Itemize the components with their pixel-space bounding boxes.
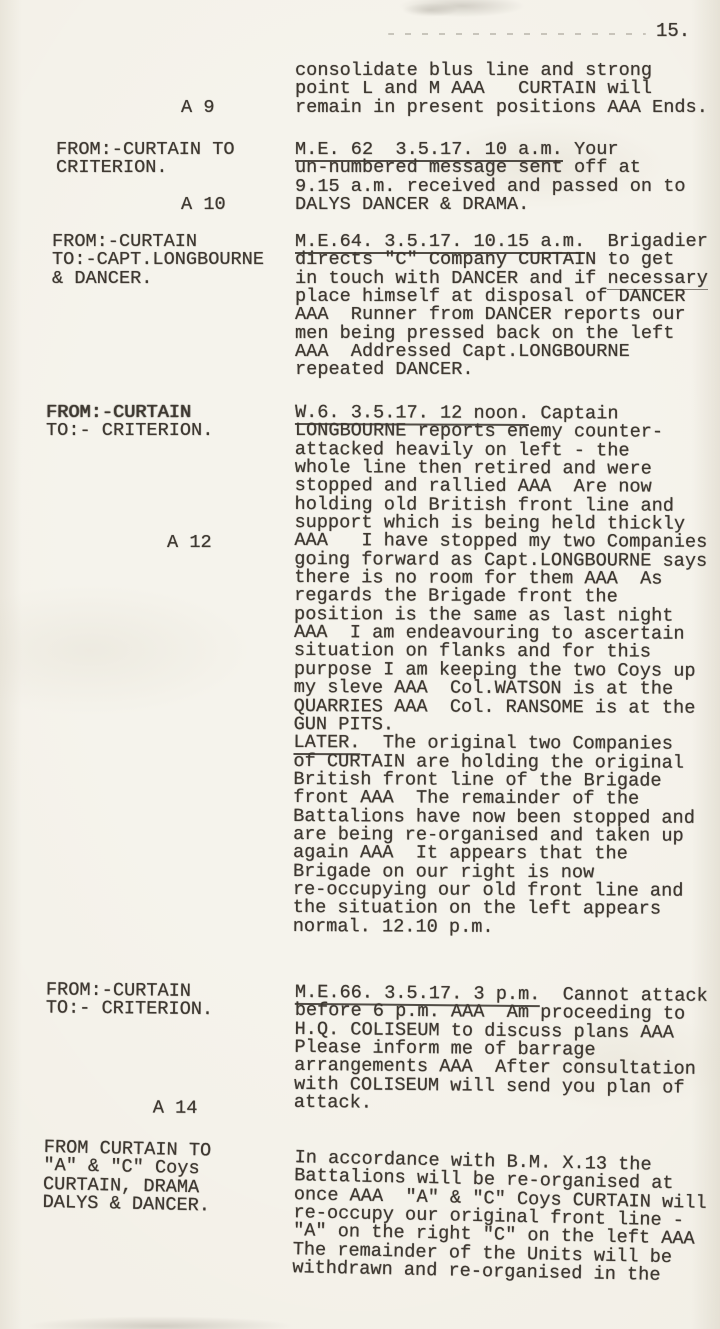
message-line: point L and M AAA CURTAIN will — [295, 80, 708, 98]
message-entry: FROM:-CURTAIN TO:- CRITERION. M.E.66. 3.… — [0, 981, 720, 988]
message-lines: place himself at disposal of DANCERAAA R… — [295, 288, 708, 380]
label-line: TO:- CRITERION. — [46, 422, 213, 440]
label-line: & DANCER. — [52, 270, 264, 288]
message-entry: FROM CURTAIN TO "A" & "C" Coys CURTAIN, … — [0, 1136, 720, 1151]
label-line: TO:- CRITERION. — [46, 1000, 214, 1020]
label-line: DALYS & DANCER. — [42, 1194, 210, 1216]
message-body: M.E.66. 3.5.17. 3 p.m. Cannot attack bef… — [294, 984, 708, 1116]
entry-addressee-label: FROM CURTAIN TO "A" & "C" Coys CURTAIN, … — [42, 1139, 211, 1216]
message-body: In accordance with B.M. X.13 theBattalio… — [292, 1149, 707, 1286]
entry-addressee-label: FROM:-CURTAIN TO:- CRITERION. — [46, 404, 213, 441]
message-body: M.E. 62 3.5.17. 10 a.m. Your un-numbered… — [295, 141, 686, 214]
entry-marker: A 9 — [181, 99, 214, 117]
message-line: normal. 12.10 p.m. — [293, 918, 706, 938]
message-body: consolidate blus line and strongpoint L … — [295, 62, 708, 117]
message-line: DALYS DANCER & DRAMA. — [295, 196, 686, 214]
message-lines: of CURTAIN are holding the originalBriti… — [293, 753, 707, 938]
message-line: repeated DANCER. — [295, 361, 708, 379]
entry-marker: A 14 — [153, 1099, 198, 1118]
message-lines: before 6 p.m. AAA Am proceeding toH.Q. C… — [294, 1002, 708, 1116]
page-number: 15. — [656, 22, 690, 40]
message-line: AAA Runner from DANCER reports our — [295, 306, 708, 324]
message-lines: LONGBOURNE reports enemy counter-attacke… — [294, 422, 708, 736]
message-line: un-numbered message sent off at — [295, 159, 686, 177]
entry-addressee-label: FROM:-CURTAIN TO:- CRITERION. — [46, 981, 214, 1019]
message-lines: un-numbered message sent off at9.15 a.m.… — [295, 159, 686, 214]
entry-addressee-label: FROM:-CURTAIN TO:-CAPT.LONGBOURNE & DANC… — [52, 233, 264, 288]
label-line: TO:-CAPT.LONGBOURNE — [52, 251, 264, 269]
entry-addressee-label: FROM:-CURTAIN TO CRITERION. — [56, 141, 235, 178]
message-body: M.E.64. 3.5.17. 10.15 a.m. Brigadier dir… — [295, 233, 708, 380]
pencil-dotted-line — [388, 33, 646, 35]
entry-marker: A 10 — [181, 196, 226, 214]
message-body: W.6. 3.5.17. 12 noon. Captain LONGBOURNE… — [293, 404, 708, 938]
message-line: remain in present positions AAA Ends. — [295, 99, 708, 117]
entry-marker: A 12 — [167, 534, 212, 552]
label-line: CRITERION. — [56, 159, 235, 177]
document-page: 15. consolidate blus line and strongpoin… — [0, 0, 720, 1329]
